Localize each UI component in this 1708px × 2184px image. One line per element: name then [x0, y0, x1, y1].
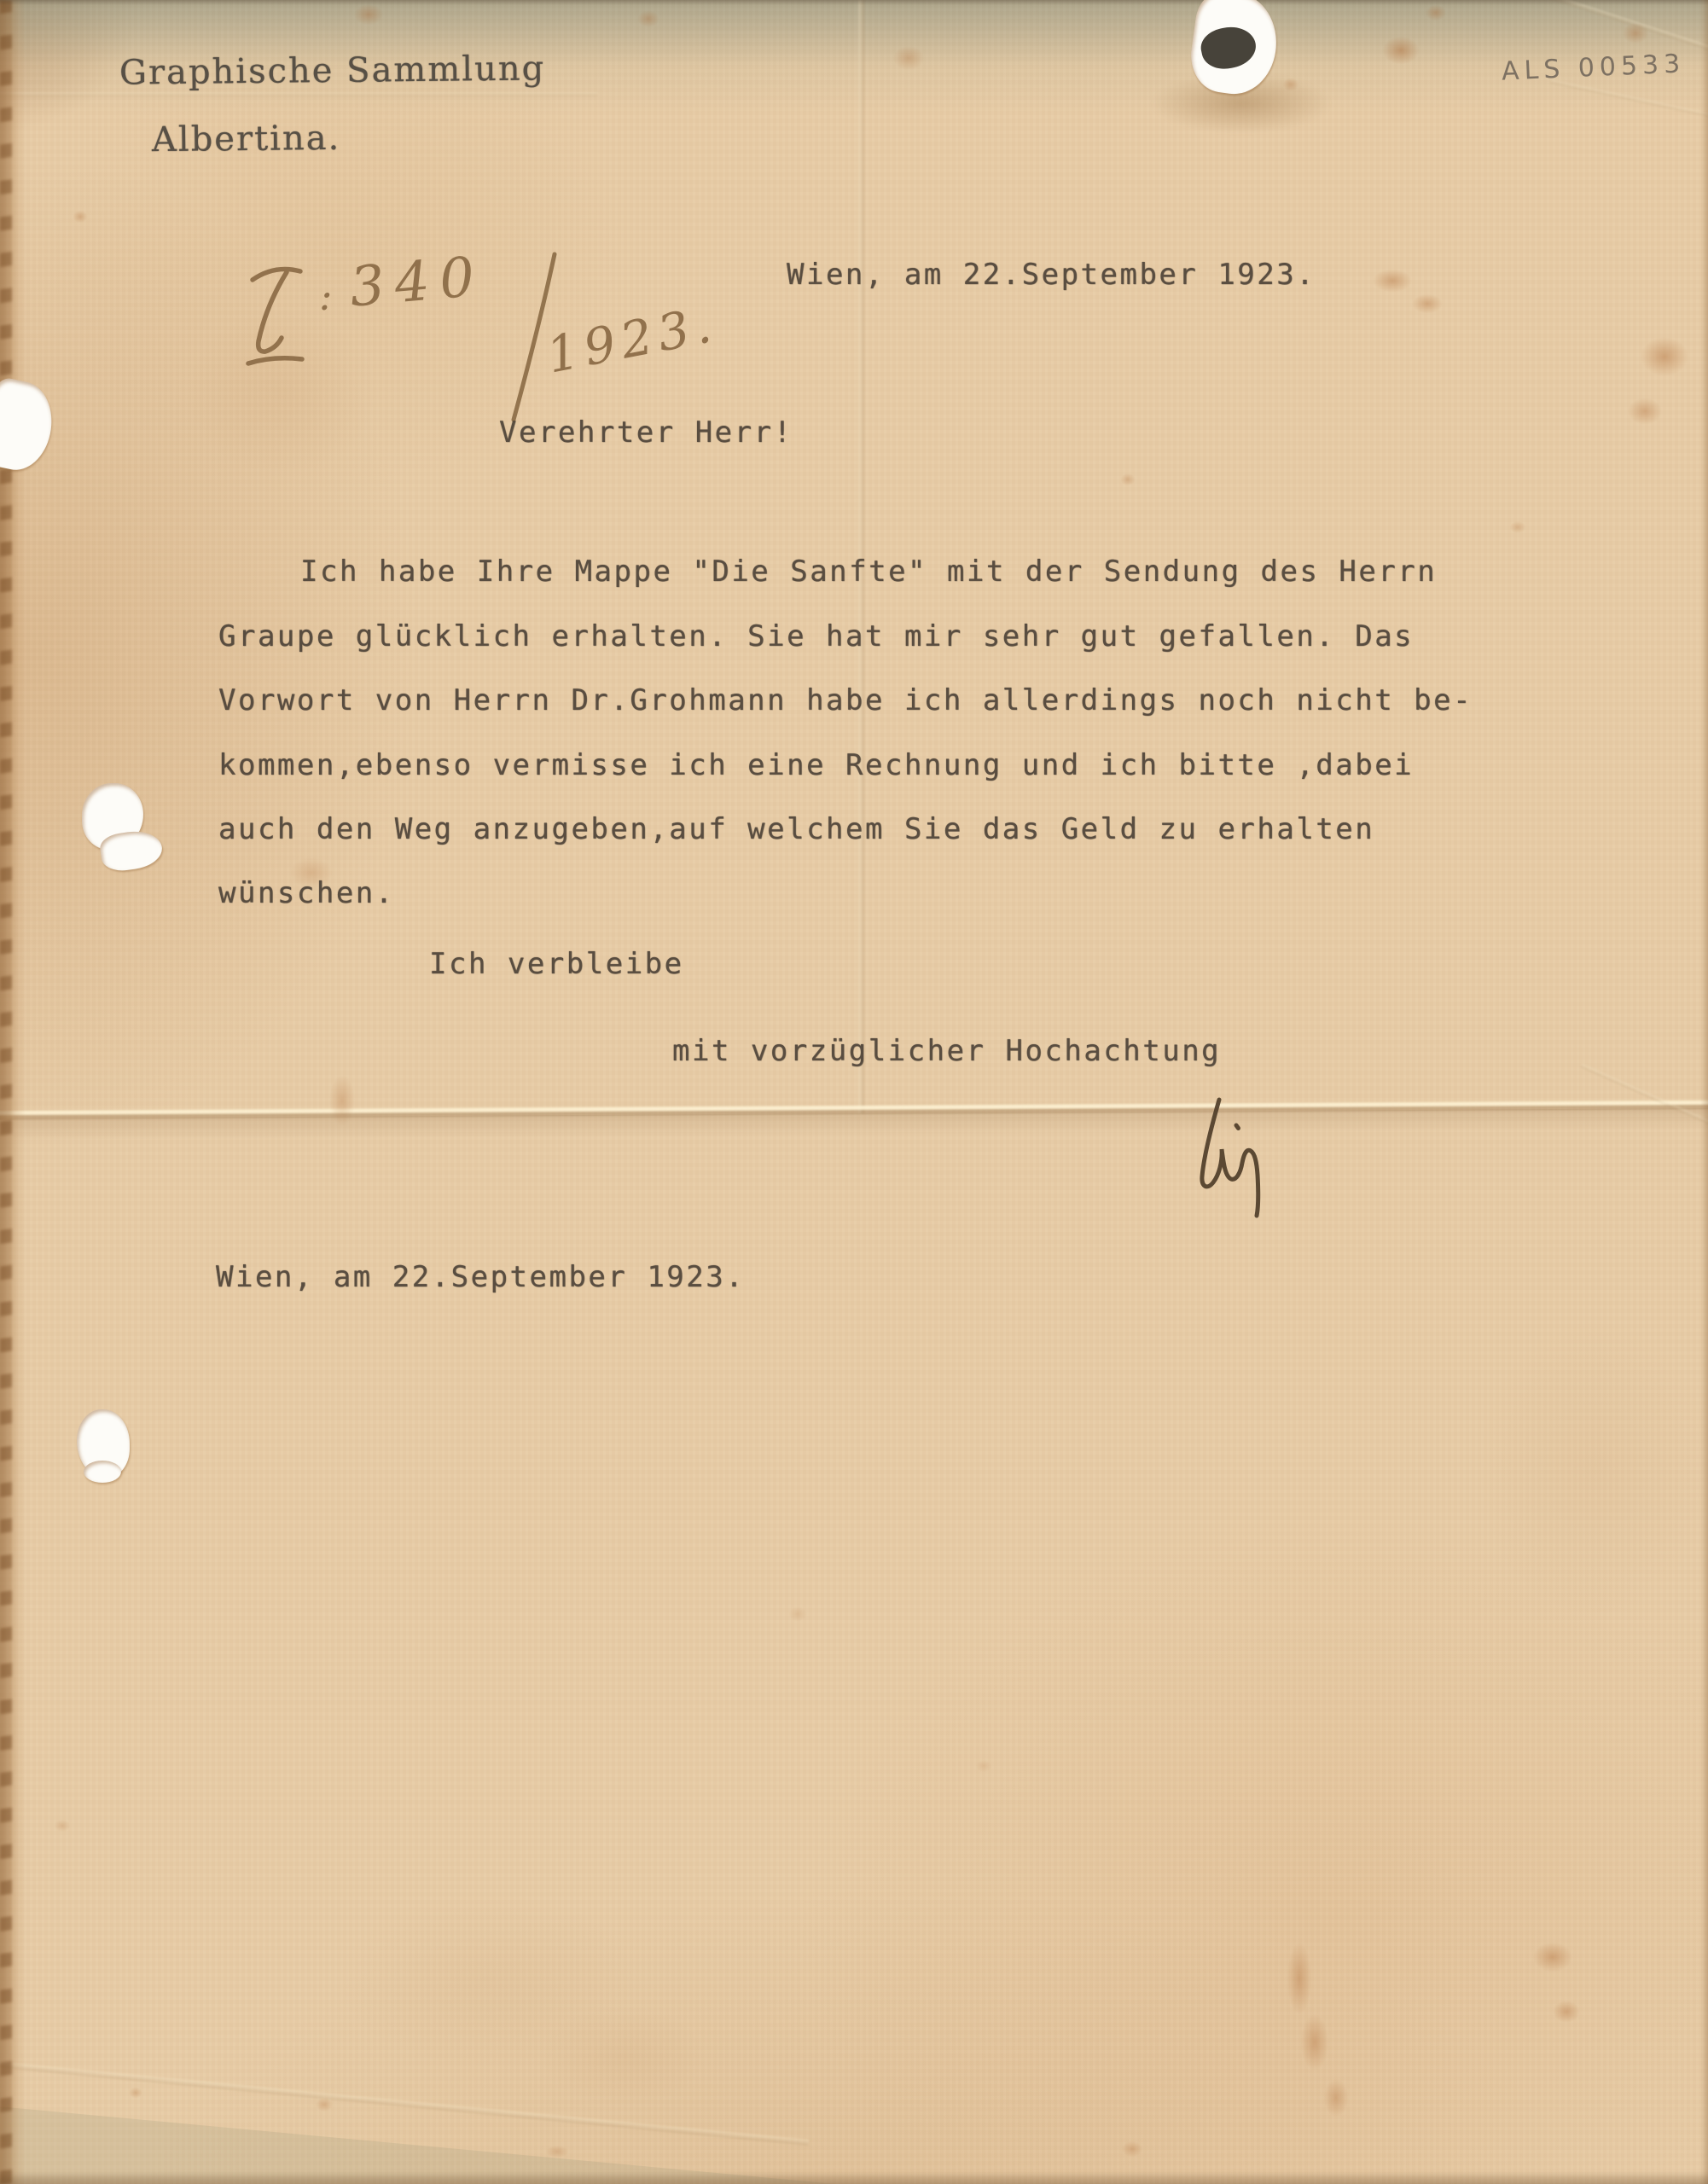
letter-page: Graphische Sammlung Albertina. ALS 00533…	[0, 0, 1708, 2184]
date-line-bottom: Wien, am 22.September 1923.	[216, 1260, 745, 1294]
registry-value: 340	[347, 245, 487, 320]
torn-edge-left-fray	[0, 0, 12, 2184]
stain	[1433, 1263, 1708, 1672]
body-line: Ich habe Ihre Mappe "Die Sanfte" mit der…	[300, 555, 1437, 589]
corner-crease	[1550, 79, 1708, 130]
stain	[1118, 2138, 1147, 2160]
minor-crease	[0, 92, 597, 96]
stain	[1548, 1996, 1585, 2027]
stain	[785, 1604, 810, 1624]
body-line: Graupe glücklich erhalten. Sie hat mir s…	[218, 619, 1414, 653]
albertina-stamp-line1: Graphische Sammlung	[119, 49, 546, 92]
stain	[512, 1988, 734, 2124]
bottom-left-fold-tone	[0, 2043, 836, 2184]
edge-bottom	[0, 2171, 1708, 2184]
body-line: wünschen.	[218, 876, 395, 910]
registry-year: 1923.	[542, 294, 721, 384]
closing-line-2: mit vorzüglicher Hochachtung	[672, 1034, 1221, 1068]
registry-colon: :	[319, 273, 333, 319]
edge-top	[0, 0, 1708, 5]
stain	[1507, 519, 1529, 536]
stain	[51, 1817, 73, 1834]
signature-paraph	[1182, 1095, 1284, 1223]
punch-hole-bottom-tear	[84, 1461, 121, 1483]
stain	[973, 1757, 995, 1774]
stain	[1525, 1937, 1580, 1978]
stain	[1375, 31, 1426, 70]
stain	[1118, 471, 1138, 488]
stain	[70, 208, 90, 225]
torn-notch-left-edge	[0, 375, 60, 476]
handwritten-z-mark	[246, 261, 314, 380]
stain	[633, 7, 664, 31]
date-line-top: Wien, am 22.September 1923.	[787, 258, 1316, 292]
stain	[1621, 392, 1669, 430]
albertina-stamp-line2: Albertina.	[152, 119, 341, 160]
body-line: kommen,ebenso vermisse ich eine Rechnung…	[218, 748, 1414, 782]
stain	[282, 1860, 691, 2099]
catalog-number: ALS 00533	[1501, 49, 1686, 86]
stain	[1295, 2003, 1334, 2082]
stain	[1365, 264, 1420, 297]
stain	[1631, 329, 1698, 384]
closing-line-1: Ich verbleibe	[429, 947, 684, 981]
stain	[1406, 290, 1449, 317]
salutation: Verehrter Herr!	[499, 415, 793, 450]
stain	[1282, 1928, 1316, 2029]
edge-right	[1700, 0, 1708, 2184]
stain	[1319, 2071, 1353, 2124]
stain	[887, 41, 930, 75]
body-line: auch den Weg anzugeben,auf welchem Sie d…	[218, 812, 1374, 846]
body-line: Vorwort von Herrn Dr.Grohmann habe ich a…	[218, 683, 1473, 717]
stain	[126, 2085, 145, 2100]
